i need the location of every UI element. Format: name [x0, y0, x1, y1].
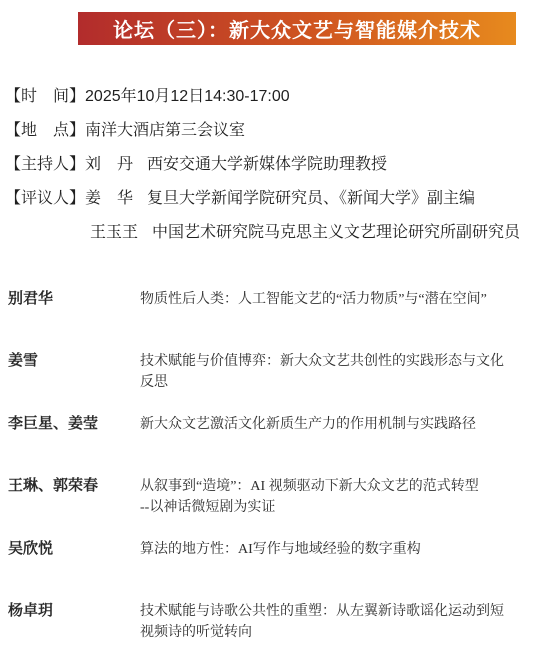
- presentation-title: 算法的地方性：AI写作与地域经验的数字重构: [140, 539, 508, 560]
- title-text: 物质性后人类：人工智能文艺的“活力物质”与“潜在空间”: [140, 292, 487, 307]
- presentation-title: 新大众文艺激活文化新质生产力的作用机制与实践路径: [140, 414, 508, 435]
- reviewer-name: 王玉玊: [90, 223, 152, 243]
- speaker-name: 王琳、郭荣春: [0, 476, 140, 497]
- host-affiliation: 西安交通大学新媒体学院助理教授: [147, 156, 387, 173]
- title-text: 新大众文艺激活文化新质生产力的作用机制与实践路径: [140, 417, 476, 432]
- presentation-row: 别君华 物质性后人类：人工智能文艺的“活力物质”与“潜在空间”: [0, 289, 549, 310]
- title-text: 算法的地方性：AI写作与地域经验的数字重构: [140, 542, 421, 557]
- info-row-host: 【主持人】刘 丹西安交通大学新媒体学院助理教授: [5, 155, 549, 175]
- time-label: 【时 间】: [5, 87, 85, 107]
- presentation-title: 技术赋能与价值博弈：新大众文艺共创性的实践形态与文化反思: [140, 351, 508, 393]
- reviewer-name: 姜 华: [85, 189, 147, 209]
- presentation-title: 技术赋能与诗歌公共性的重塑：从左翼新诗歌谣化运动到短视频诗的听觉转向: [140, 601, 508, 643]
- title-subtitle: --以神话微短剧为实证: [140, 497, 508, 518]
- info-row-reviewer-2: 王玉玊中国艺术研究院马克思主义文艺理论研究所副研究员: [5, 223, 549, 243]
- presentation-row: 吴欣悦 算法的地方性：AI写作与地域经验的数字重构: [0, 539, 549, 560]
- presentation-row: 姜雪 技术赋能与价值博弈：新大众文艺共创性的实践形态与文化反思: [0, 351, 549, 393]
- presentation-list: 别君华 物质性后人类：人工智能文艺的“活力物质”与“潜在空间” 姜雪 技术赋能与…: [0, 289, 549, 643]
- forum-banner: 论坛（三）：新大众文艺与智能媒介技术: [78, 12, 516, 45]
- speaker-name: 李巨星、姜莹: [0, 414, 140, 435]
- venue-value: 南洋大酒店第三会议室: [85, 122, 245, 139]
- reviewer-affiliation: 复旦大学新闻学院研究员、《新闻大学》副主编: [147, 190, 475, 207]
- session-info: 【时 间】2025年10月12日14:30-17:00 【地 点】南洋大酒店第三…: [0, 87, 549, 243]
- speaker-name: 杨卓玥: [0, 601, 140, 622]
- speaker-name: 姜雪: [0, 351, 140, 372]
- info-row-venue: 【地 点】南洋大酒店第三会议室: [5, 121, 549, 141]
- reviewer-affiliation: 中国艺术研究院马克思主义文艺理论研究所副研究员: [152, 224, 520, 241]
- presentation-row: 李巨星、姜莹 新大众文艺激活文化新质生产力的作用机制与实践路径: [0, 414, 549, 435]
- venue-label: 【地 点】: [5, 121, 85, 141]
- host-label: 【主持人】: [5, 155, 85, 175]
- presentation-title: 从叙事到“造境”：AI 视频驱动下新大众文艺的范式转型--以神话微短剧为实证: [140, 476, 508, 518]
- title-text: 技术赋能与诗歌公共性的重塑：从左翼新诗歌谣化运动到短视频诗的听觉转向: [140, 604, 504, 640]
- forum-title: 论坛（三）：新大众文艺与智能媒介技术: [113, 14, 481, 43]
- presentation-title: 物质性后人类：人工智能文艺的“活力物质”与“潜在空间”: [140, 289, 508, 310]
- presentation-row: 王琳、郭荣春 从叙事到“造境”：AI 视频驱动下新大众文艺的范式转型--以神话微…: [0, 476, 549, 518]
- host-name: 刘 丹: [85, 155, 147, 175]
- time-value: 2025年10月12日14:30-17:00: [85, 88, 290, 105]
- speaker-name: 吴欣悦: [0, 539, 140, 560]
- speaker-name: 别君华: [0, 289, 140, 310]
- reviewers-label: 【评议人】: [5, 189, 85, 209]
- title-text: 技术赋能与价值博弈：新大众文艺共创性的实践形态与文化反思: [140, 354, 504, 390]
- title-text: 从叙事到“造境”：AI 视频驱动下新大众文艺的范式转型: [140, 479, 479, 494]
- info-row-reviewer-1: 【评议人】姜 华复旦大学新闻学院研究员、《新闻大学》副主编: [5, 189, 549, 209]
- presentation-row: 杨卓玥 技术赋能与诗歌公共性的重塑：从左翼新诗歌谣化运动到短视频诗的听觉转向: [0, 601, 549, 643]
- info-row-time: 【时 间】2025年10月12日14:30-17:00: [5, 87, 549, 107]
